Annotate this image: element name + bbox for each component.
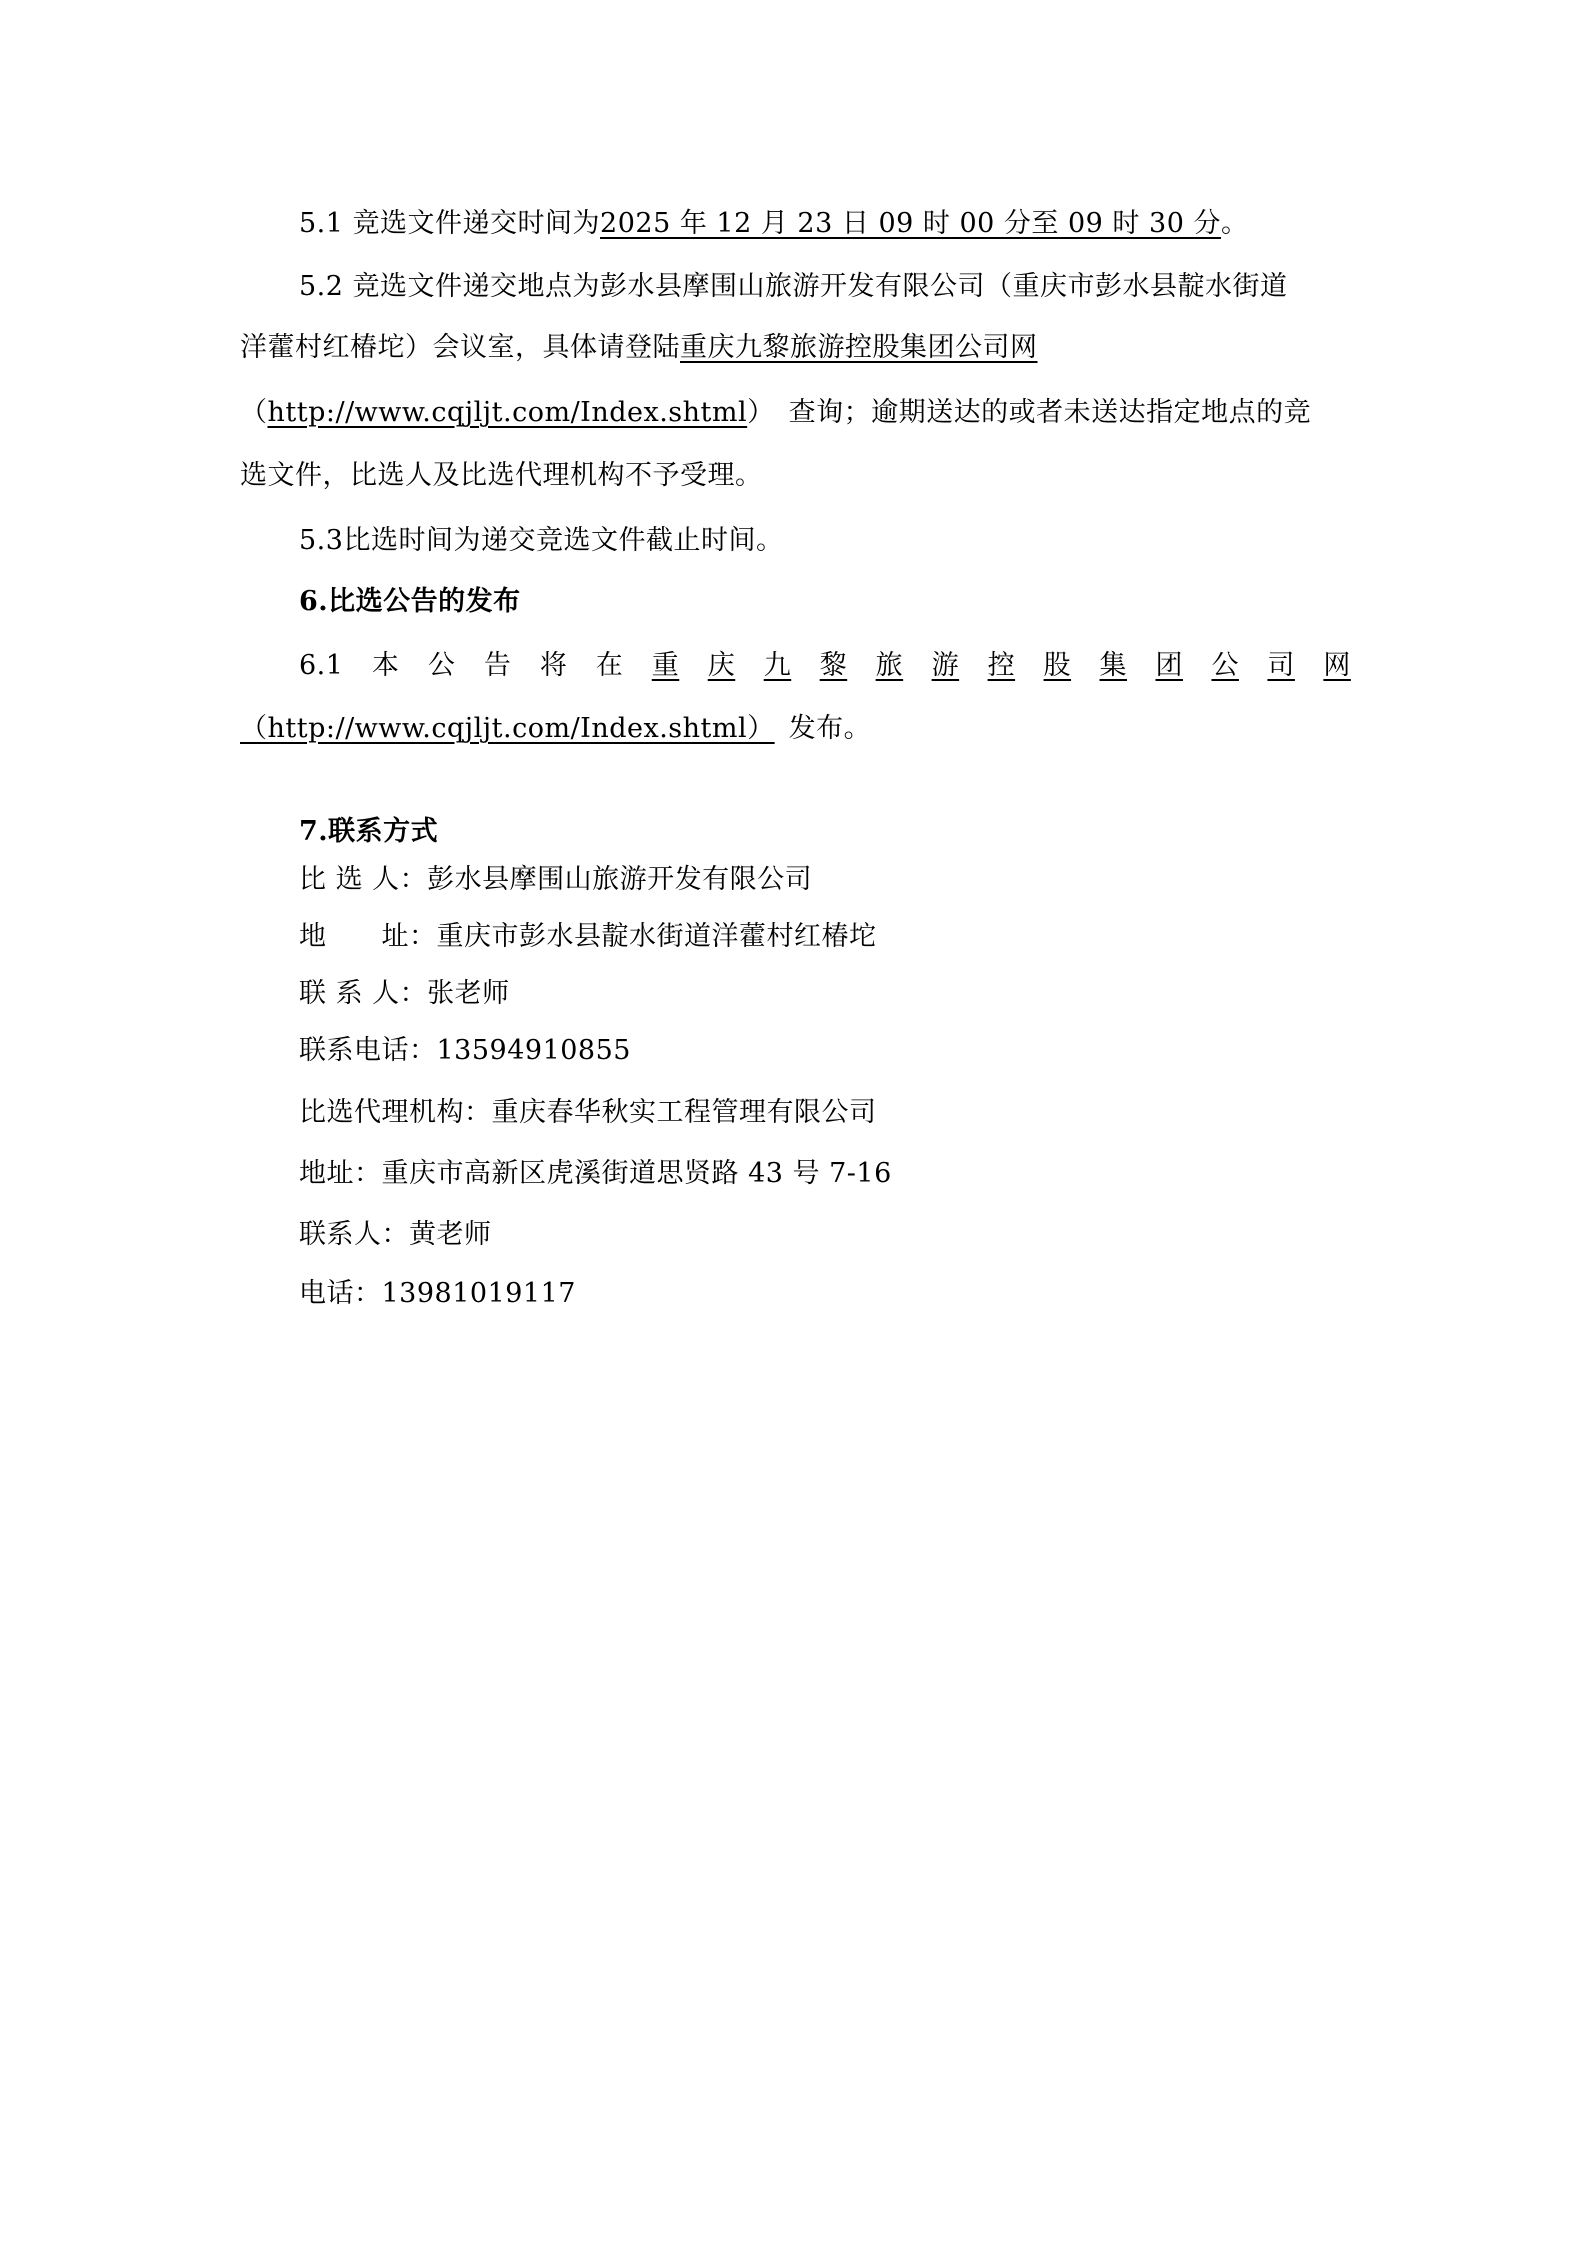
- buyer-address-value: 重庆市彭水县靛水街道洋藿村红椿坨: [437, 921, 877, 952]
- paragraph-5-1: 5.1 竞选文件递交时间为2025 年 12 月 23 日 09 时 00 分至…: [299, 207, 1248, 241]
- website-name-link-char[interactable]: 九: [764, 649, 792, 683]
- word: 将: [540, 649, 568, 683]
- website-url-link[interactable]: （http://www.cqjljt.com/Index.shtml）: [240, 713, 775, 744]
- section-7-heading: 7.联系方式: [299, 815, 438, 849]
- paragraph-6-1-line-2: （http://www.cqjljt.com/Index.shtml）发布。: [240, 712, 871, 746]
- buyer-name-row: 比 选 人：彭水县摩围山旅游开发有限公司: [299, 863, 812, 897]
- paragraph-5-2-line-2-prefix: 洋藿村红椿坨）会议室，具体请登陆: [240, 332, 680, 363]
- paragraph-5-1-suffix: 。: [1221, 208, 1249, 239]
- website-name-link-char[interactable]: 游: [932, 649, 960, 683]
- agent-contact-label: 联系人：: [299, 1219, 409, 1250]
- word: 本: [372, 649, 400, 683]
- buyer-address-label: 地 址：: [299, 921, 437, 952]
- paragraph-5-3: 5.3比选时间为递交竞选文件截止时间。: [299, 524, 783, 558]
- buyer-phone-label: 联系电话：: [299, 1035, 437, 1066]
- word: 6.1: [299, 649, 343, 683]
- agent-phone-value: 13981019117: [382, 1278, 576, 1309]
- paragraph-6-1-line-1: 6.1 本 公 告 将 在 重 庆 九 黎 旅 游 控 股 集 团 公 司 网: [299, 649, 1351, 683]
- website-name-link[interactable]: 重庆九黎旅游控股集团公司网: [680, 332, 1038, 363]
- buyer-contact-label: 联 系 人：: [299, 978, 427, 1009]
- agent-name-label: 比选代理机构：: [299, 1097, 492, 1128]
- website-name-link-char[interactable]: 黎: [820, 649, 848, 683]
- agent-name-row: 比选代理机构：重庆春华秋实工程管理有限公司: [299, 1096, 877, 1130]
- word: 告: [484, 649, 512, 683]
- section-6-heading: 6.比选公告的发布: [299, 585, 521, 619]
- paragraph-5-1-prefix: 5.1 竞选文件递交时间为: [299, 208, 600, 239]
- buyer-name-label: 比 选 人：: [299, 864, 427, 895]
- website-name-link-char[interactable]: 公: [1211, 649, 1239, 683]
- paragraph-6-1-rest: 发布。: [789, 713, 872, 744]
- paragraph-5-2-line-1: 5.2 竞选文件递交地点为彭水县摩围山旅游开发有限公司（重庆市彭水县靛水街道: [299, 270, 1288, 304]
- buyer-phone-value: 13594910855: [437, 1035, 631, 1066]
- website-name-link-char[interactable]: 控: [988, 649, 1016, 683]
- buyer-address-row: 地 址：重庆市彭水县靛水街道洋藿村红椿坨: [299, 920, 877, 954]
- paren-open: （: [240, 397, 268, 428]
- website-name-link-char[interactable]: 团: [1155, 649, 1183, 683]
- paragraph-5-2-line-3: （http://www.cqjljt.com/Index.shtml） 查询；逾…: [240, 396, 1311, 430]
- document-page: 5.1 竞选文件递交时间为2025 年 12 月 23 日 09 时 00 分至…: [0, 0, 1587, 2245]
- website-name-link-char[interactable]: 庆: [708, 649, 736, 683]
- paragraph-5-2-line-3-rest: ） 查询；逾期送达的或者未送达指定地点的竞: [747, 397, 1311, 428]
- buyer-contact-row: 联 系 人：张老师: [299, 977, 510, 1011]
- website-name-link-char[interactable]: 股: [1044, 649, 1072, 683]
- agent-name-value: 重庆春华秋实工程管理有限公司: [492, 1097, 877, 1128]
- buyer-contact-value: 张老师: [427, 978, 510, 1009]
- website-name-link-char[interactable]: 网: [1323, 649, 1351, 683]
- word: 在: [596, 649, 624, 683]
- submission-time: 2025 年 12 月 23 日 09 时 00 分至 09 时 30 分: [600, 208, 1221, 239]
- agent-address-value: 重庆市高新区虎溪街道思贤路 43 号 7-16: [382, 1158, 892, 1189]
- website-name-link-char[interactable]: 司: [1267, 649, 1295, 683]
- website-name-link-char[interactable]: 旅: [876, 649, 904, 683]
- paragraph-5-2-line-4: 选文件，比选人及比选代理机构不予受理。: [240, 459, 763, 493]
- website-name-link-char[interactable]: 集: [1100, 649, 1128, 683]
- word: 公: [428, 649, 456, 683]
- agent-phone-label: 电话：: [299, 1278, 382, 1309]
- agent-address-label: 地址：: [299, 1158, 382, 1189]
- agent-address-row: 地址：重庆市高新区虎溪街道思贤路 43 号 7-16: [299, 1157, 892, 1191]
- paragraph-5-2-line-2: 洋藿村红椿坨）会议室，具体请登陆重庆九黎旅游控股集团公司网: [240, 331, 1038, 365]
- buyer-phone-row: 联系电话：13594910855: [299, 1034, 631, 1068]
- agent-contact-row: 联系人：黄老师: [299, 1218, 492, 1252]
- website-name-link-char[interactable]: 重: [652, 649, 680, 683]
- agent-phone-row: 电话：13981019117: [299, 1277, 576, 1311]
- agent-contact-value: 黄老师: [409, 1219, 492, 1250]
- website-url-link[interactable]: http://www.cqjljt.com/Index.shtml: [268, 397, 748, 428]
- buyer-name-value: 彭水县摩围山旅游开发有限公司: [427, 864, 812, 895]
